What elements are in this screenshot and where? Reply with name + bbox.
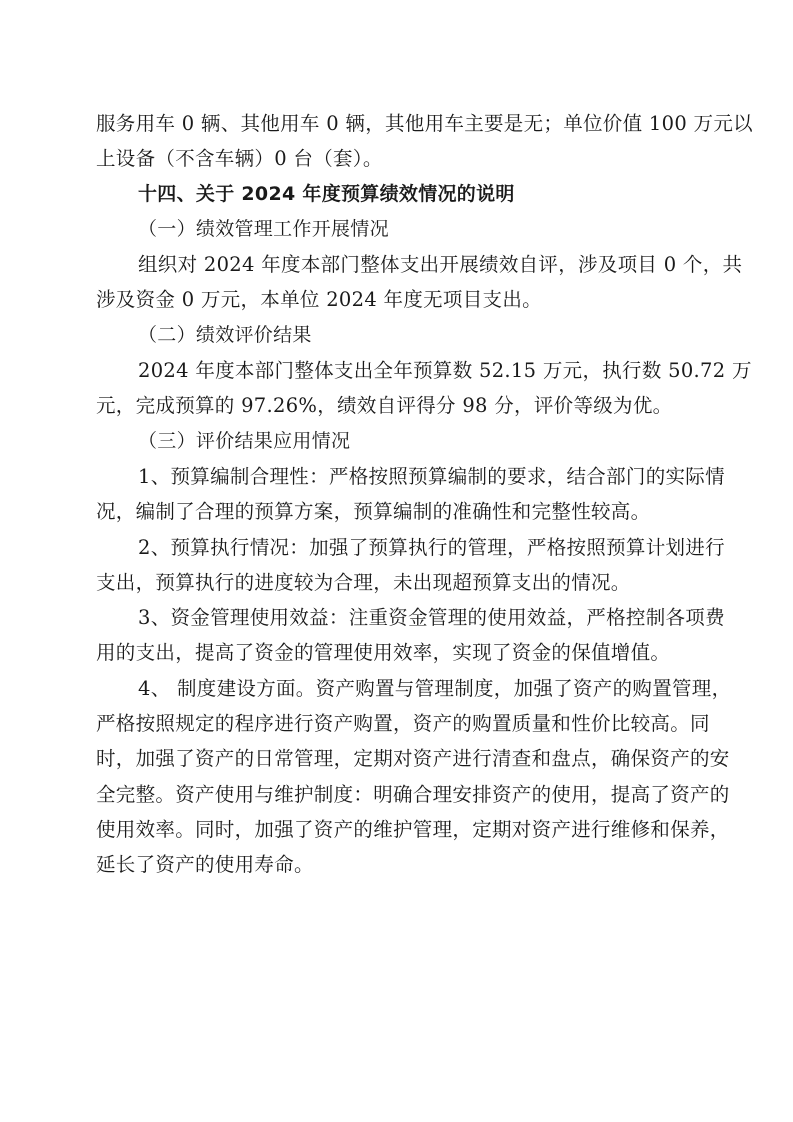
paragraph-line: 2、预算执行情况：加强了预算执行的管理，严格按照预算计划进行	[96, 530, 700, 565]
paragraph-line: 上设备（不含车辆）0 台（套）。	[96, 141, 700, 176]
document-page: 服务用车 0 辆、其他用车 0 辆，其他用车主要是无；单位价值 100 万元以 …	[96, 106, 700, 883]
paragraph-line: 延长了资产的使用寿命。	[96, 847, 700, 882]
paragraph-line: 支出，预算执行的进度较为合理，未出现超预算支出的情况。	[96, 565, 700, 600]
paragraph-line: 使用效率。同时，加强了资产的维护管理，定期对资产进行维修和保养，	[96, 812, 700, 847]
subsection-heading: （一）绩效管理工作开展情况	[96, 212, 700, 247]
paragraph-line: 涉及资金 0 万元，本单位 2024 年度无项目支出。	[96, 282, 700, 317]
subsection-heading: （二）绩效评价结果	[96, 318, 700, 353]
paragraph-line: 1、预算编制合理性：严格按照预算编制的要求，结合部门的实际情	[96, 459, 700, 494]
paragraph-line: 用的支出，提高了资金的管理使用效率，实现了资金的保值增值。	[96, 635, 700, 670]
paragraph-line: 4、 制度建设方面。资产购置与管理制度，加强了资产的购置管理，	[96, 671, 700, 706]
paragraph-line: 时，加强了资产的日常管理，定期对资产进行清查和盘点，确保资产的安	[96, 741, 700, 776]
paragraph-line: 严格按照规定的程序进行资产购置，资产的购置质量和性价比较高。同	[96, 706, 700, 741]
subsection-heading: （三）评价结果应用情况	[96, 424, 700, 459]
paragraph-line: 元，完成预算的 97.26%，绩效自评得分 98 分，评价等级为优。	[96, 388, 700, 423]
paragraph-line: 况，编制了合理的预算方案，预算编制的准确性和完整性较高。	[96, 494, 700, 529]
paragraph-line: 3、资金管理使用效益：注重资金管理的使用效益，严格控制各项费	[96, 600, 700, 635]
paragraph-line: 服务用车 0 辆、其他用车 0 辆，其他用车主要是无；单位价值 100 万元以	[96, 106, 700, 141]
paragraph-line: 2024 年度本部门整体支出全年预算数 52.15 万元，执行数 50.72 万	[96, 353, 700, 388]
paragraph-line: 组织对 2024 年度本部门整体支出开展绩效自评，涉及项目 0 个，共	[96, 247, 700, 282]
paragraph-line: 全完整。资产使用与维护制度：明确合理安排资产的使用，提高了资产的	[96, 777, 700, 812]
section-heading: 十四、关于 2024 年度预算绩效情况的说明	[96, 177, 700, 212]
